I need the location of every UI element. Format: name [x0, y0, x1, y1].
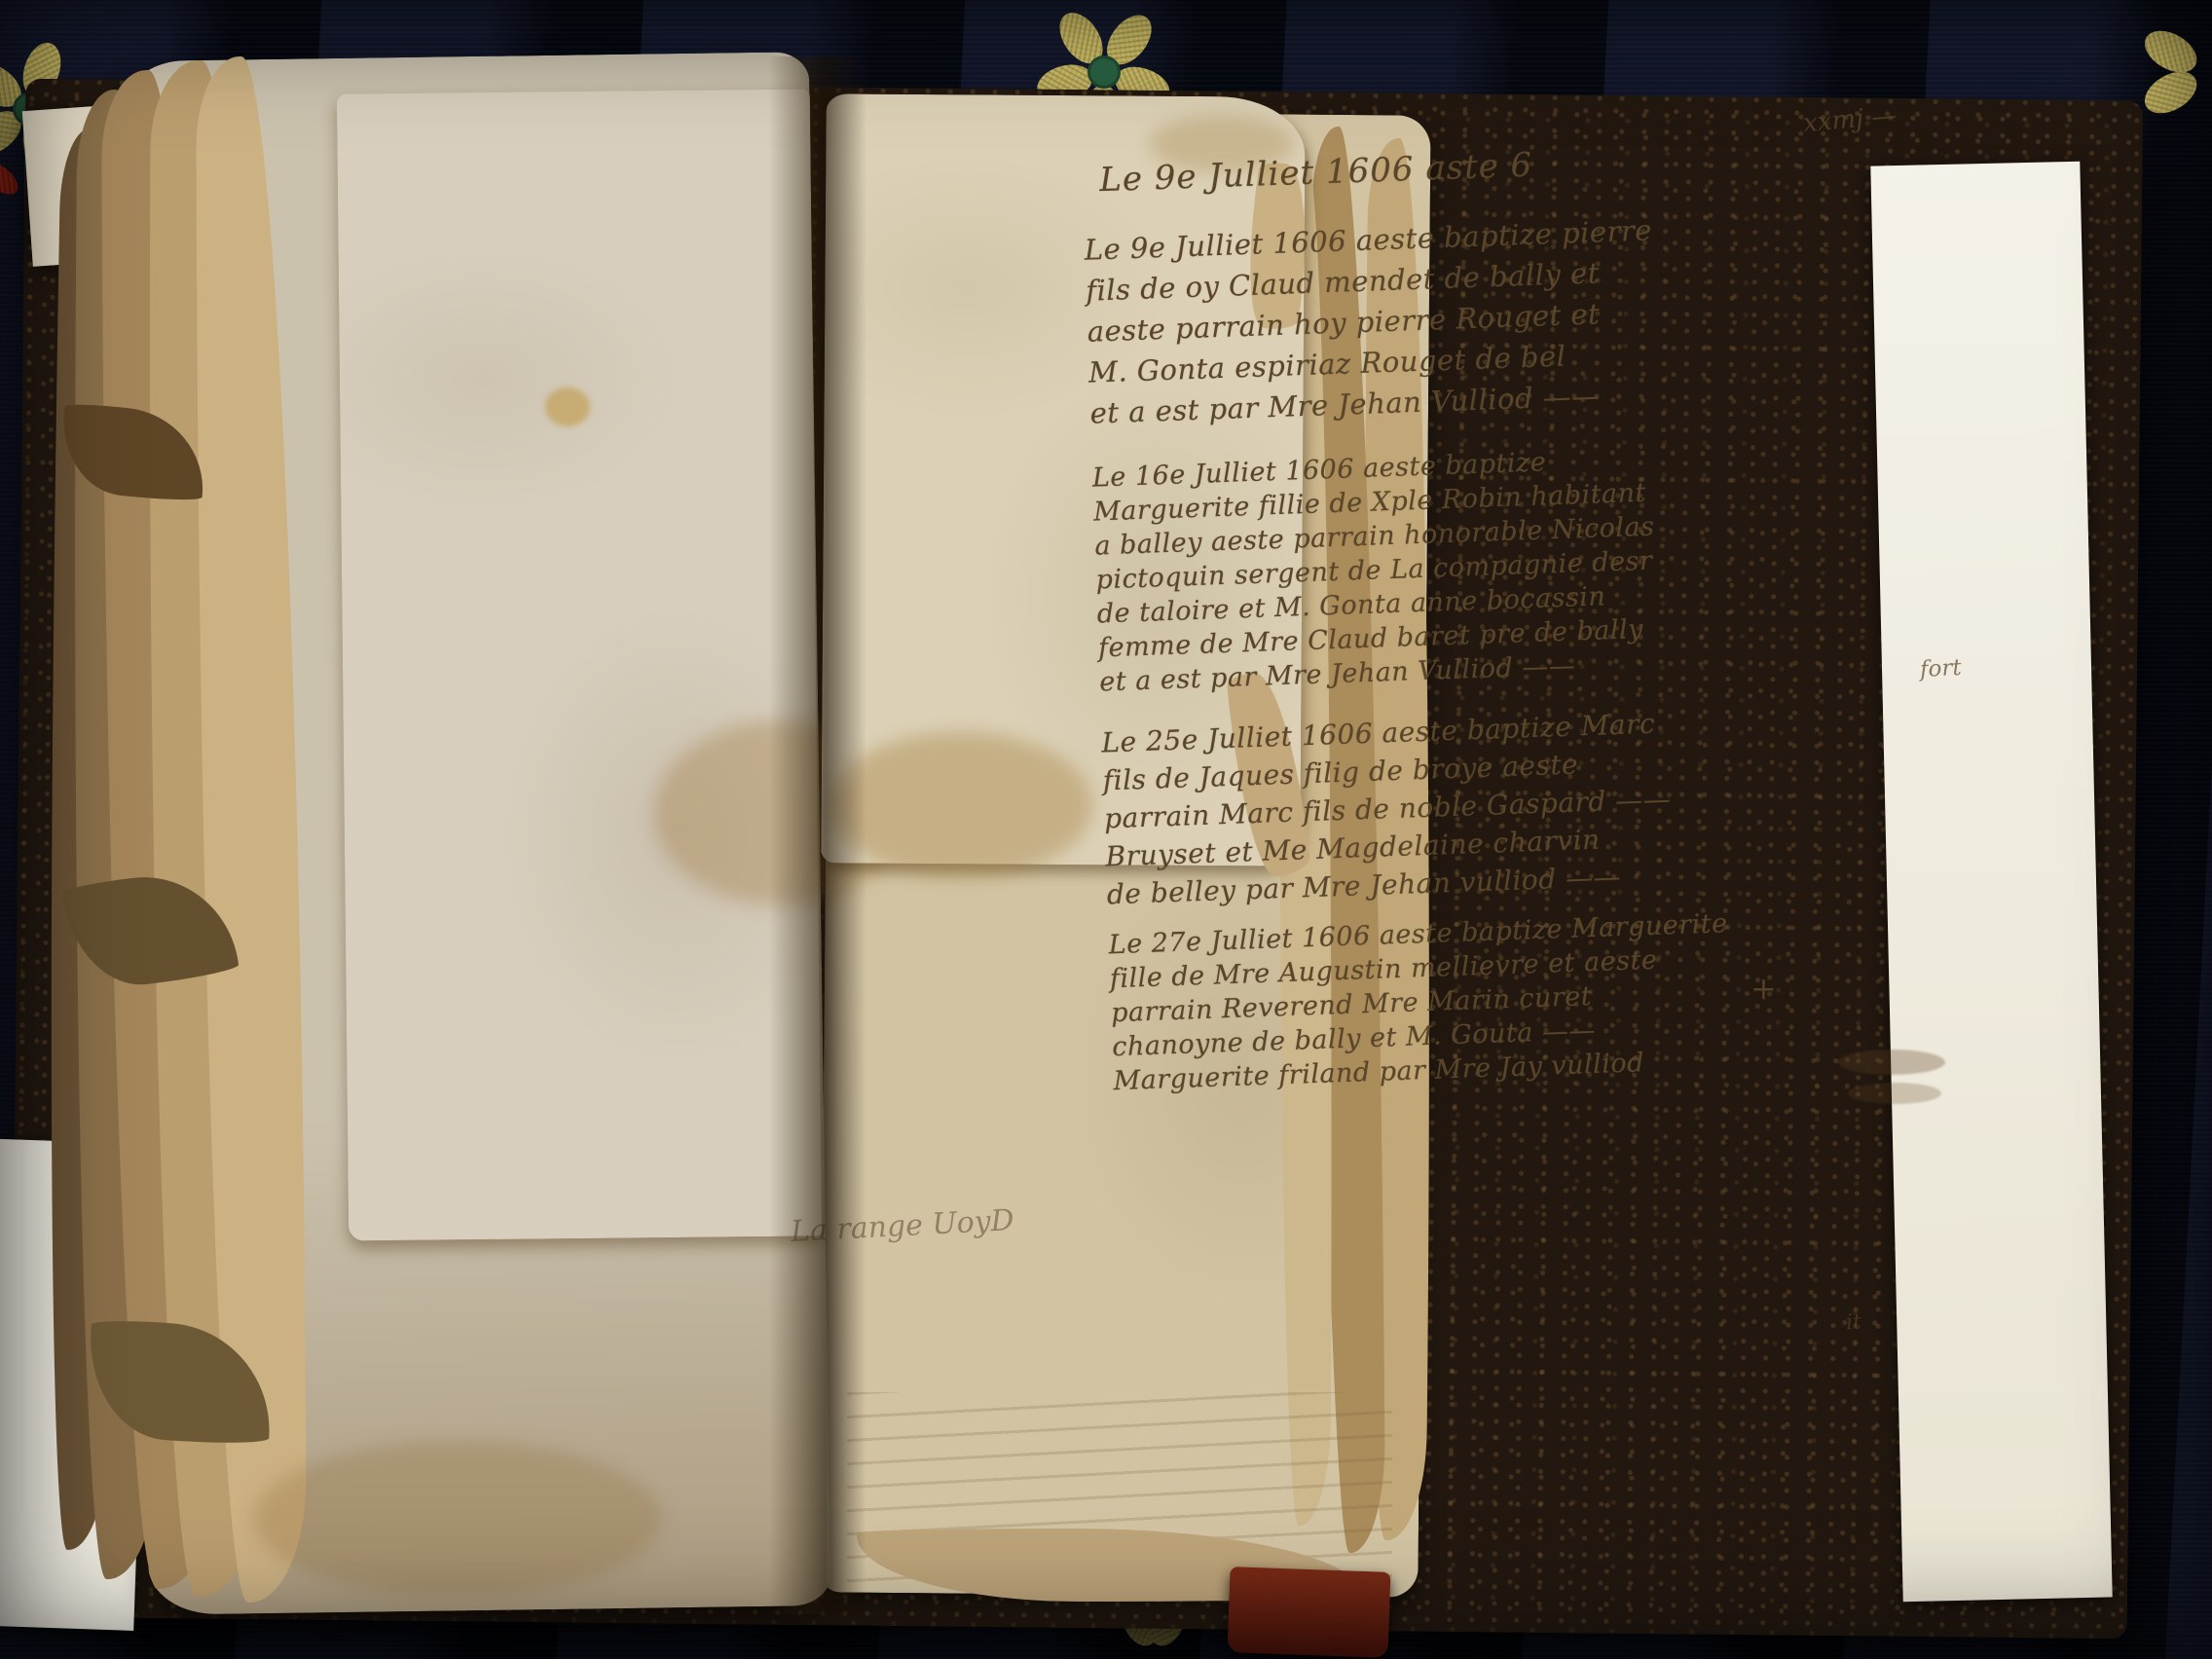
- margin-cross-mark: +: [1751, 970, 1777, 1007]
- flower-petal: [2138, 63, 2204, 122]
- entry-heading: Le 9e Julliet 1606 aste 6: [1099, 146, 1533, 201]
- photograph-canvas: Le 9e Julliet 1606 aste 6 Le 9e Julliet …: [0, 0, 2212, 1659]
- margin-fragment: it: [1845, 1309, 1862, 1335]
- flower-red-leaf: [0, 154, 23, 201]
- water-stain: [253, 1441, 662, 1597]
- baptism-entry: Le 16e Julliet 1606 aeste baptizeMarguer…: [1091, 439, 1742, 700]
- spine-leather: [1228, 1567, 1391, 1658]
- faint-scribble: [1838, 1050, 1945, 1075]
- baptism-entry: Le 27e Julliet 1606 aeste baptize Margue…: [1108, 905, 1756, 1098]
- left-page-overlay-sheet: [337, 89, 822, 1240]
- flower-center: [1088, 55, 1121, 89]
- faint-scribble: [1848, 1083, 1941, 1104]
- baptism-entry: Le 25e Julliet 1606 aeste baptize Marcfi…: [1101, 701, 1750, 913]
- gutter-shadow: [769, 56, 866, 1614]
- margin-fragment: fort: [1919, 655, 1962, 682]
- loose-sheet-right: [1870, 162, 2112, 1602]
- water-stain: [829, 732, 1092, 878]
- manuscript-text: Le 9e Julliet 1606 aste 6 Le 9e Julliet …: [1081, 133, 1757, 1148]
- baptism-entry: Le 9e Julliet 1606 aeste baptize pierref…: [1084, 207, 1733, 434]
- small-spot-stain: [545, 387, 590, 426]
